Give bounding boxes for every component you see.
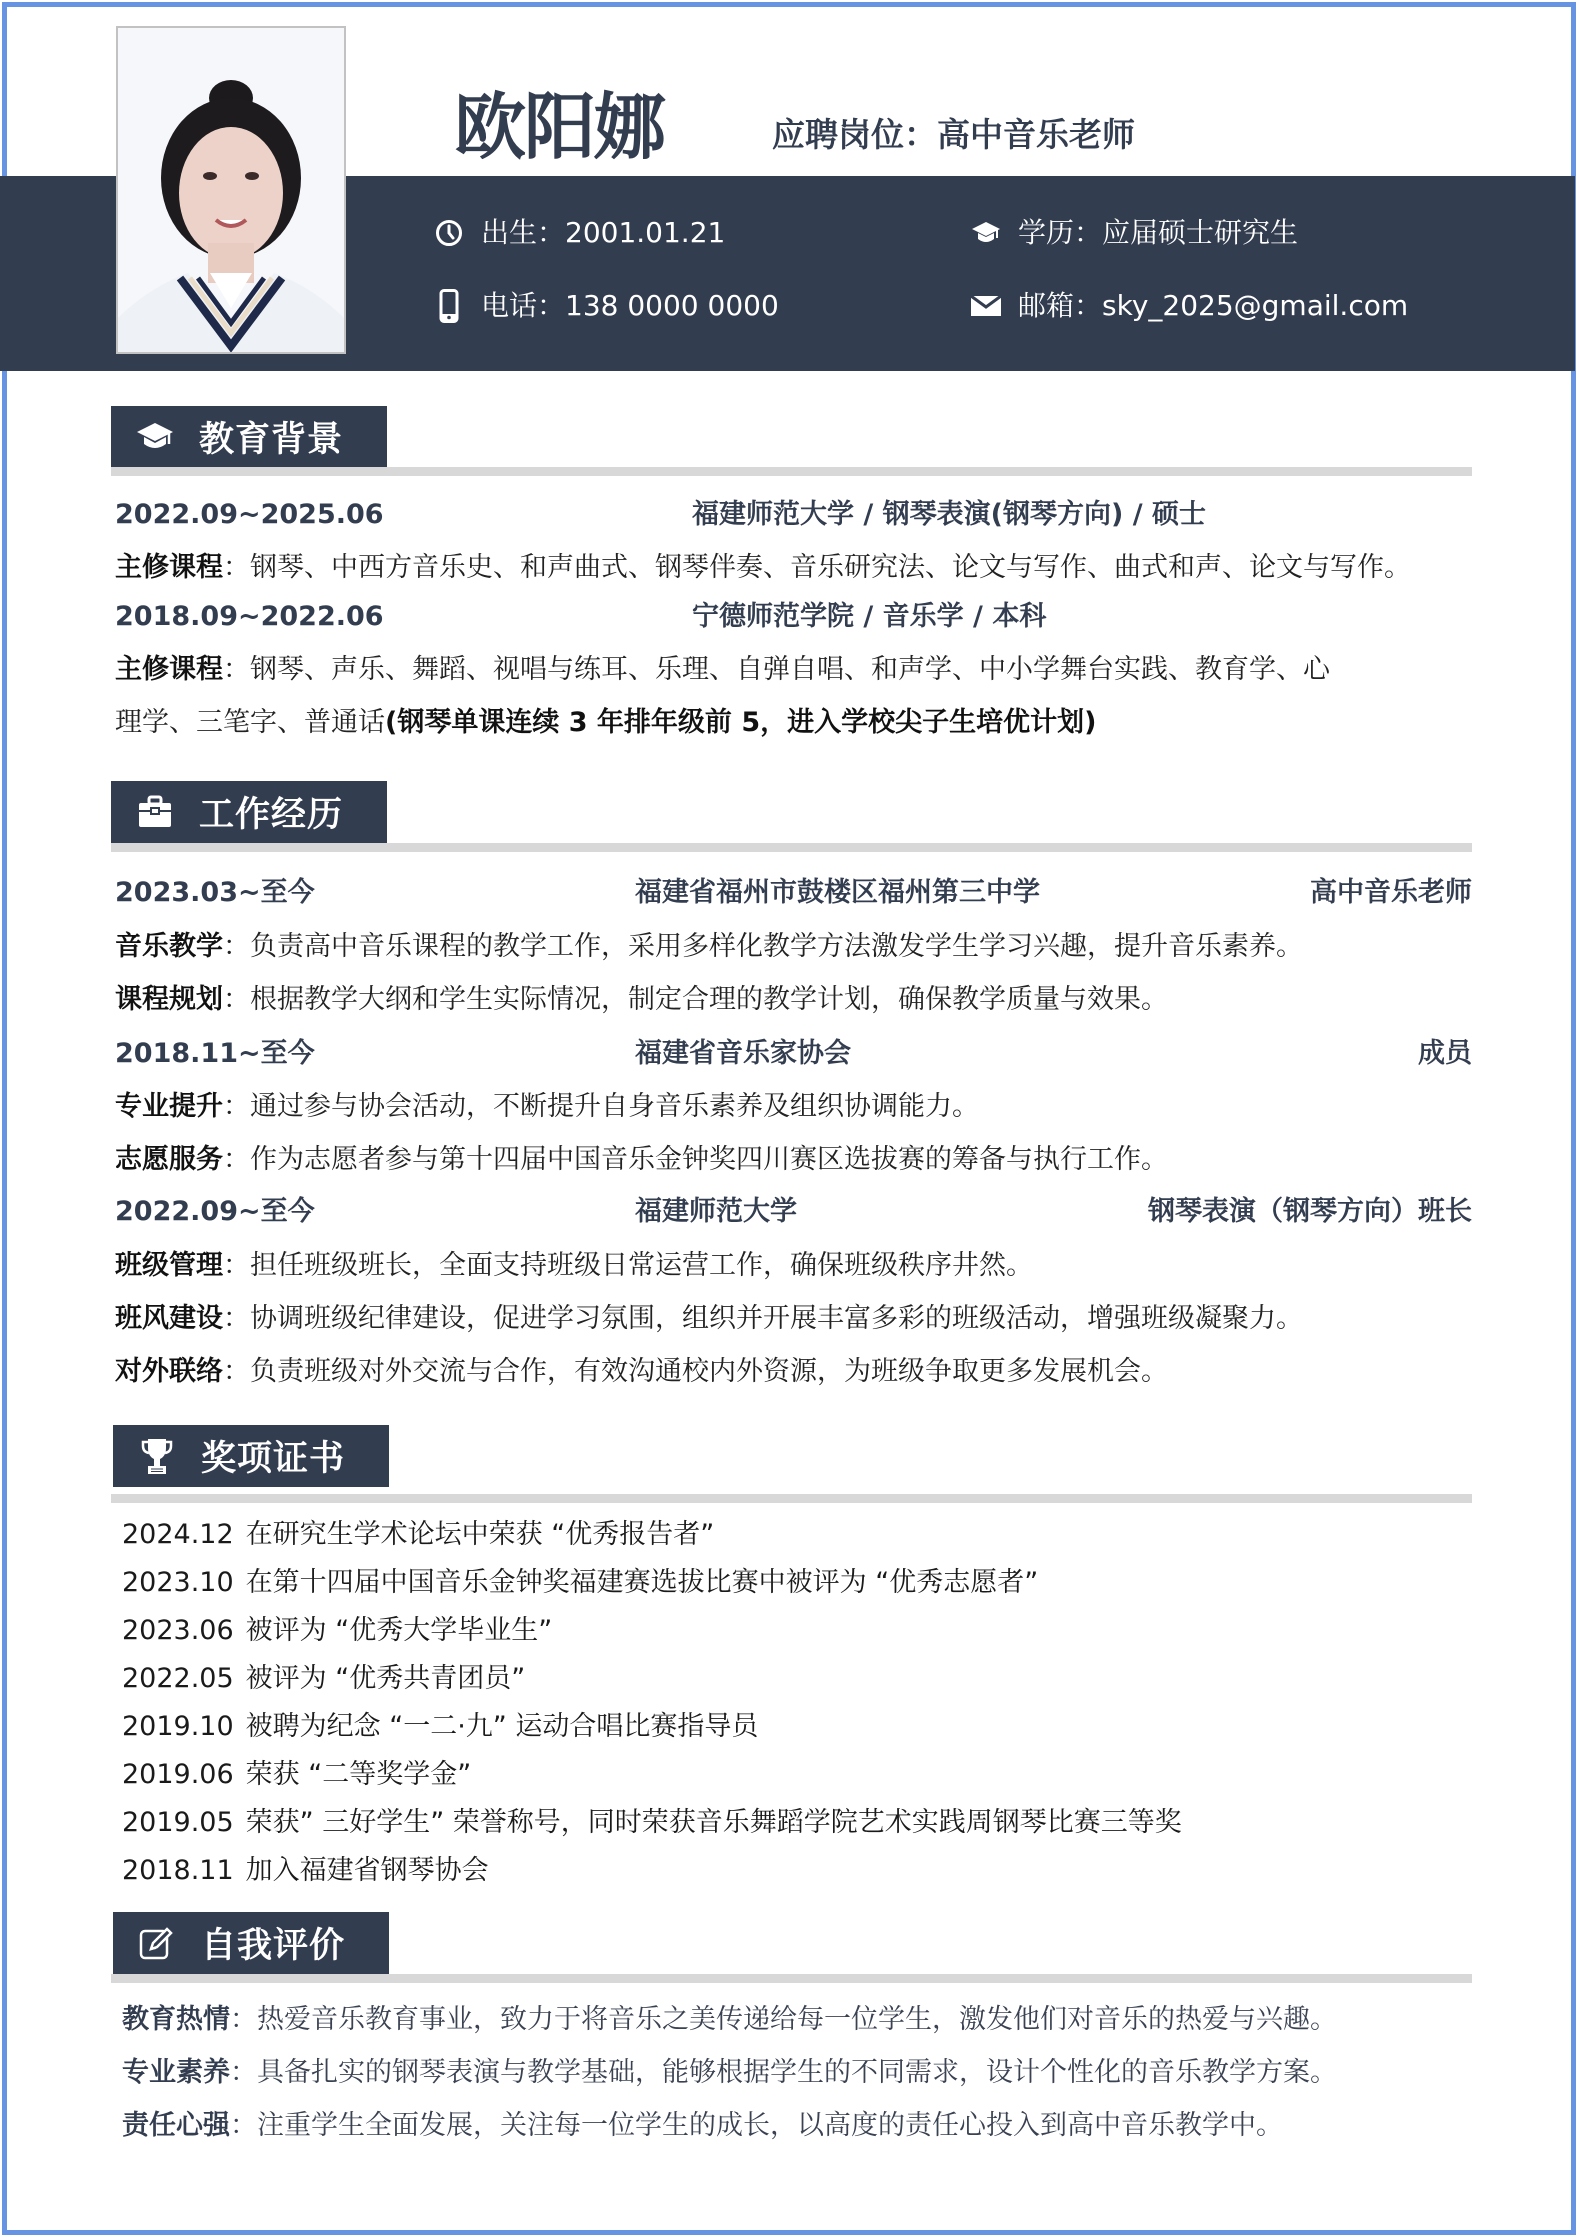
work-item: 班风建设：协调班级纪律建设，促进学习氛围，组织并开展丰富多彩的班级活动，增强班级… (115, 1299, 1472, 1339)
info-email-label: 邮箱： (1018, 288, 1102, 324)
info-phone: 电话： 138 0000 0000 (433, 288, 779, 324)
profile-photo (116, 26, 346, 354)
info-email: 邮箱： sky_2025@gmail.com (970, 288, 1408, 324)
work-item-text: ：协调班级纪律建设，促进学习氛围，组织并开展丰富多彩的班级活动，增强班级凝聚力。 (223, 1303, 1303, 1334)
award-item: 2023.10在第十四届中国音乐金钟奖福建赛选拔比赛中被评为 “优秀志愿者” (122, 1563, 1038, 1603)
education-date: 2018.09~2022.06 (115, 601, 384, 632)
work-item-label: 课程规划 (115, 984, 223, 1015)
work-item-label: 专业提升 (115, 1091, 223, 1122)
section-divider (111, 1494, 1472, 1503)
self-eval-text: ：热爱音乐教育事业，致力于将音乐之美传递给每一位学生，激发他们对音乐的热爱与兴趣… (230, 2004, 1337, 2035)
info-education: 学历： 应届硕士研究生 (970, 215, 1298, 251)
section-header-awards: 奖项证书 (113, 1425, 389, 1487)
award-date: 2019.05 (122, 1803, 234, 1843)
work-item-label: 班级管理 (115, 1250, 223, 1281)
section-divider (111, 843, 1472, 852)
self-eval-label: 专业素养 (122, 2057, 230, 2088)
award-item: 2019.10被聘为纪念 “一二·九” 运动合唱比赛指导员 (122, 1707, 758, 1747)
work-item-text: ：作为志愿者参与第十四届中国音乐金钟奖四川赛区选拔赛的筹备与执行工作。 (223, 1144, 1168, 1175)
work-item-label: 对外联络 (115, 1356, 223, 1387)
work-item-text: ：根据教学大纲和学生实际情况，制定合理的教学计划，确保教学质量与效果。 (223, 984, 1168, 1015)
education-courses: 主修课程：钢琴、声乐、舞蹈、视唱与练耳、乐理、自弹自唱、和声学、中小学舞台实践、… (115, 650, 1472, 690)
work-entry-3-header: 2022.09~至今 福建师范大学 钢琴表演（钢琴方向）班长 (115, 1192, 1472, 1232)
education-entry-1-header: 2022.09~2025.06 福建师范大学 / 钢琴表演(钢琴方向) / 硕士 (115, 495, 1472, 535)
award-item: 2022.05被评为 “优秀共青团员” (122, 1659, 525, 1699)
section-divider (111, 467, 1472, 476)
education-entry-2-header: 2018.09~2022.06 宁德师范学院 / 音乐学 / 本科 (115, 597, 1472, 637)
section-header-education: 教育背景 (111, 406, 387, 468)
work-entry-1-header: 2023.03~至今 福建省福州市鼓楼区福州第三中学 高中音乐老师 (115, 873, 1472, 913)
graduation-cap-icon (133, 415, 177, 459)
work-item: 课程规划：根据教学大纲和学生实际情况，制定合理的教学计划，确保教学质量与效果。 (115, 980, 1472, 1020)
work-item-text: ：负责高中音乐课程的教学工作，采用多样化教学方法激发学生学习兴趣，提升音乐素养。 (223, 931, 1303, 962)
award-date: 2019.10 (122, 1707, 234, 1747)
award-date: 2023.10 (122, 1563, 234, 1603)
award-text: 被评为 “优秀大学毕业生” (246, 1615, 553, 1646)
award-item: 2024.12在研究生学术论坛中荣获 “优秀报告者” (122, 1515, 714, 1555)
info-phone-value[interactable]: 138 0000 0000 (565, 288, 779, 324)
applied-position: 应聘岗位：高中音乐老师 (772, 114, 1135, 156)
self-eval-label: 责任心强 (122, 2110, 230, 2141)
award-date: 2024.12 (122, 1515, 234, 1555)
info-birth-label: 出生： (481, 215, 565, 251)
self-eval-item: 责任心强：注重学生全面发展，关注每一位学生的成长，以高度的责任心投入到高中音乐教… (122, 2106, 1283, 2146)
education-courses-continued: 理学、三笔字、普通话(钢琴单课连续 3 年排年级前 5，进入学校尖子生培优计划) (115, 703, 1472, 743)
graduation-cap-icon (970, 217, 1002, 249)
work-org: 福建省音乐家协会 (635, 1034, 851, 1074)
section-header-self-evaluation: 自我评价 (113, 1912, 389, 1974)
award-date: 2018.11 (122, 1851, 234, 1891)
award-text: 被聘为纪念 “一二·九” 运动合唱比赛指导员 (246, 1711, 759, 1742)
section-header-work: 工作经历 (111, 781, 387, 843)
work-role: 钢琴表演（钢琴方向）班长 (1148, 1192, 1472, 1232)
section-title-self-evaluation: 自我评价 (201, 1918, 345, 1968)
award-text: 荣获” 三好学生” 荣誉称号，同时荣获音乐舞蹈学院艺术实践周钢琴比赛三等奖 (246, 1807, 1182, 1838)
education-courses: 主修课程：钢琴、中西方音乐史、和声曲式、钢琴伴奏、音乐研究法、论文与写作、曲式和… (115, 548, 1472, 588)
education-school: 福建师范大学 / 钢琴表演(钢琴方向) / 硕士 (692, 495, 1206, 535)
info-birth-value: 2001.01.21 (565, 215, 725, 251)
courses-highlight: (钢琴单课连续 3 年排年级前 5，进入学校尖子生培优计划) (385, 707, 1096, 738)
work-item-text: ：通过参与协会活动，不断提升自身音乐素养及组织协调能力。 (223, 1091, 979, 1122)
work-item-text: ：担任班级班长，全面支持班级日常运营工作，确保班级秩序井然。 (223, 1250, 1033, 1281)
award-text: 在研究生学术论坛中荣获 “优秀报告者” (246, 1519, 715, 1550)
section-title-work: 工作经历 (199, 787, 343, 837)
courses-text: 理学、三笔字、普通话 (115, 707, 385, 738)
mobile-phone-icon (433, 290, 465, 322)
candidate-name: 欧阳娜 (454, 82, 664, 172)
trophy-icon (135, 1434, 179, 1478)
education-date: 2022.09~2025.06 (115, 499, 384, 530)
work-role: 高中音乐老师 (1310, 873, 1472, 913)
info-birth: 出生： 2001.01.21 (433, 215, 725, 251)
award-text: 荣获 “二等奖学金” (246, 1759, 472, 1790)
work-item: 对外联络：负责班级对外交流与合作，有效沟通校内外资源，为班级争取更多发展机会。 (115, 1352, 1472, 1392)
section-title-education: 教育背景 (199, 412, 343, 462)
self-eval-text: ：具备扎实的钢琴表演与教学基础，能够根据学生的不同需求，设计个性化的音乐教学方案… (230, 2057, 1337, 2088)
work-org: 福建省福州市鼓楼区福州第三中学 (635, 873, 1040, 913)
award-text: 被评为 “优秀共青团员” (246, 1663, 526, 1694)
award-item: 2023.06被评为 “优秀大学毕业生” (122, 1611, 552, 1651)
work-item-label: 志愿服务 (115, 1144, 223, 1175)
work-item-label: 音乐教学 (115, 931, 223, 962)
courses-label: 主修课程 (115, 654, 223, 685)
work-item: 班级管理：担任班级班长，全面支持班级日常运营工作，确保班级秩序井然。 (115, 1246, 1472, 1286)
work-org: 福建师范大学 (635, 1192, 797, 1232)
self-eval-label: 教育热情 (122, 2004, 230, 2035)
info-phone-label: 电话： (481, 288, 565, 324)
award-text: 加入福建省钢琴协会 (246, 1855, 489, 1886)
award-item: 2019.06荣获 “二等奖学金” (122, 1755, 471, 1795)
work-item-text: ：负责班级对外交流与合作，有效沟通校内外资源，为班级争取更多发展机会。 (223, 1356, 1168, 1387)
work-date: 2022.09~至今 (115, 1196, 315, 1227)
edit-icon (135, 1921, 179, 1965)
award-date: 2023.06 (122, 1611, 234, 1651)
courses-text: ：钢琴、中西方音乐史、和声曲式、钢琴伴奏、音乐研究法、论文与写作、曲式和声、论文… (223, 552, 1411, 583)
section-divider (111, 1974, 1472, 1983)
info-education-label: 学历： (1018, 215, 1102, 251)
info-education-value: 应届硕士研究生 (1102, 215, 1298, 251)
work-date: 2023.03~至今 (115, 877, 315, 908)
envelope-icon (970, 290, 1002, 322)
briefcase-icon (133, 790, 177, 834)
info-email-value[interactable]: sky_2025@gmail.com (1102, 288, 1408, 324)
section-title-awards: 奖项证书 (201, 1431, 345, 1481)
courses-text: ：钢琴、声乐、舞蹈、视唱与练耳、乐理、自弹自唱、和声学、中小学舞台实践、教育学、… (223, 654, 1330, 685)
award-item: 2019.05荣获” 三好学生” 荣誉称号，同时荣获音乐舞蹈学院艺术实践周钢琴比… (122, 1803, 1182, 1843)
courses-label: 主修课程 (115, 552, 223, 583)
work-item: 志愿服务：作为志愿者参与第十四届中国音乐金钟奖四川赛区选拔赛的筹备与执行工作。 (115, 1140, 1472, 1180)
work-entry-2-header: 2018.11~至今 福建省音乐家协会 成员 (115, 1034, 1472, 1074)
self-eval-item: 教育热情：热爱音乐教育事业，致力于将音乐之美传递给每一位学生，激发他们对音乐的热… (122, 2000, 1337, 2040)
self-eval-item: 专业素养：具备扎实的钢琴表演与教学基础，能够根据学生的不同需求，设计个性化的音乐… (122, 2053, 1337, 2093)
award-text: 在第十四届中国音乐金钟奖福建赛选拔比赛中被评为 “优秀志愿者” (246, 1567, 1039, 1598)
award-item: 2018.11加入福建省钢琴协会 (122, 1851, 489, 1891)
work-date: 2018.11~至今 (115, 1038, 315, 1069)
work-item: 专业提升：通过参与协会活动，不断提升自身音乐素养及组织协调能力。 (115, 1087, 1472, 1127)
award-date: 2019.06 (122, 1755, 234, 1795)
work-item-label: 班风建设 (115, 1303, 223, 1334)
work-item: 音乐教学：负责高中音乐课程的教学工作，采用多样化教学方法激发学生学习兴趣，提升音… (115, 927, 1472, 967)
work-role: 成员 (1418, 1034, 1472, 1074)
clock-icon (433, 217, 465, 249)
self-eval-text: ：注重学生全面发展，关注每一位学生的成长，以高度的责任心投入到高中音乐教学中。 (230, 2110, 1283, 2141)
award-date: 2022.05 (122, 1659, 234, 1699)
education-school: 宁德师范学院 / 音乐学 / 本科 (692, 597, 1046, 637)
